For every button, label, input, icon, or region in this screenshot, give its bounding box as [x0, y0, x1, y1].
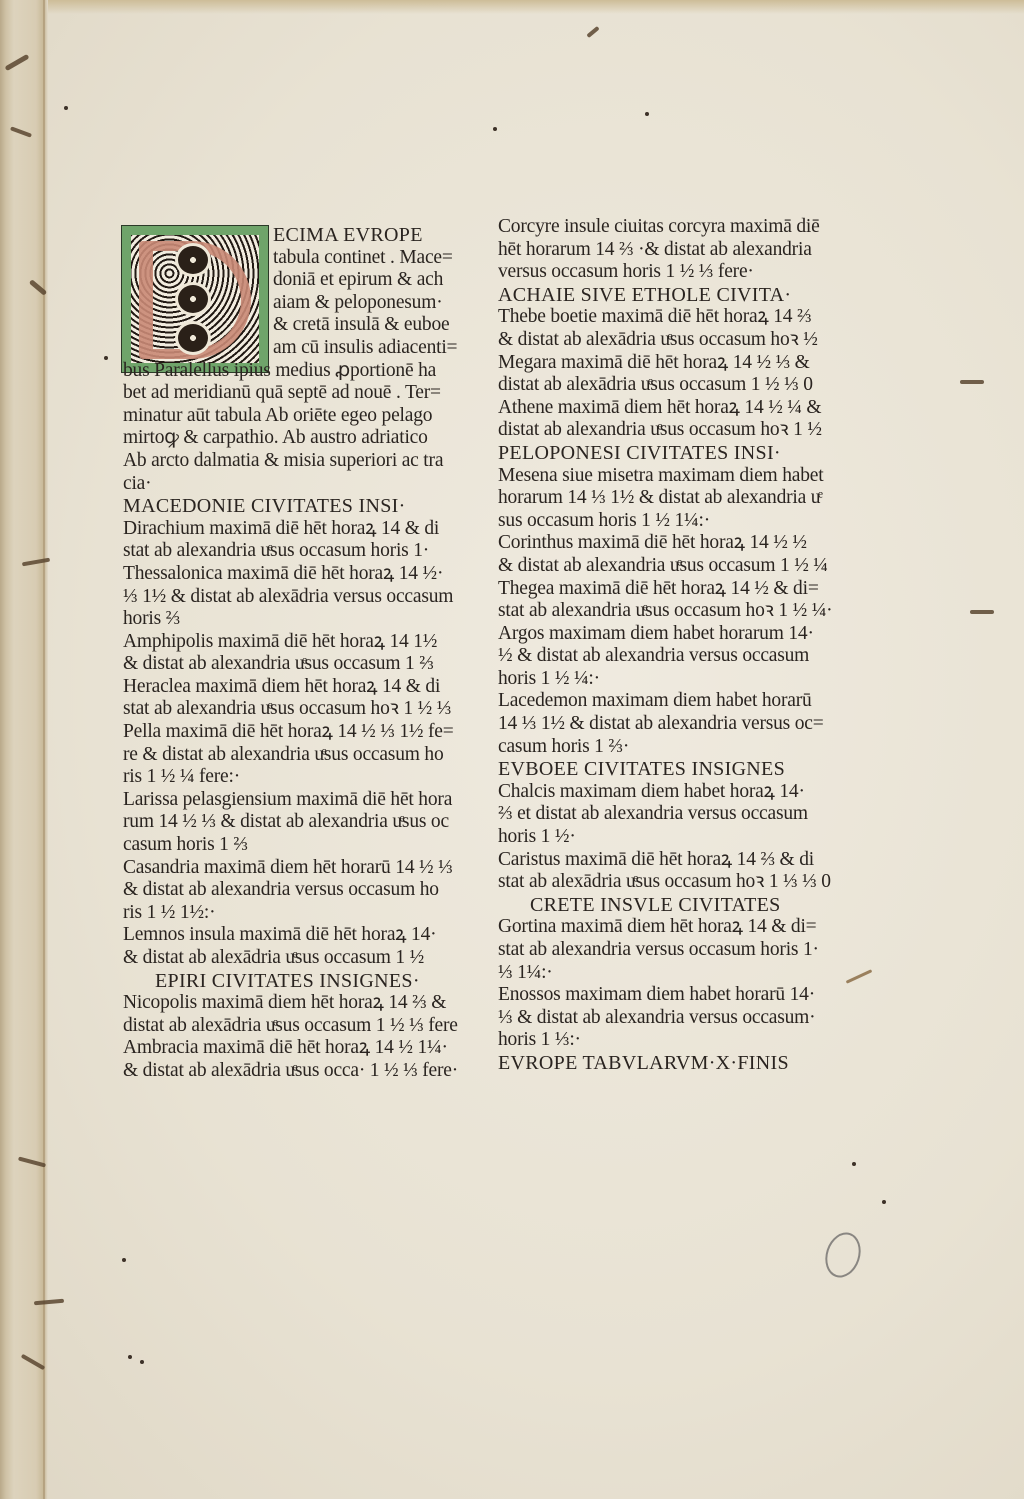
section-heading-macedonia: MACEDONIE CIVITATES INSI· [123, 495, 468, 518]
wormhole-trail [970, 610, 994, 614]
wormhole [882, 1200, 886, 1204]
text-line: 14 ⅓ 1½ & distat ab alexandria versus oc… [498, 713, 843, 736]
text-line: Corinthus maximā diē hēt horaꝝ 14 ½ ½ [498, 532, 843, 555]
text-line: casum horis 1 ⅔· [498, 736, 843, 759]
text-line: Thegea maximā diē hēt horaꝝ 14 ½ & di= [498, 578, 843, 601]
text-line: horis 1 ⅓:· [498, 1029, 843, 1052]
text-line: horis 1 ½ ¼:· [498, 668, 843, 691]
wormhole [852, 1162, 856, 1166]
wormhole [493, 127, 497, 131]
text-line: stat ab alexādria uͤsus occasum hoꝛ 1 ⅓ … [498, 871, 843, 894]
text-line: stat ab alexandria uͤsus occasum hoꝛ 1 ½… [498, 600, 843, 623]
text-line: doniā et epirum & ach [123, 269, 468, 292]
text-line: Amphipolis maximā diē hēt horaꝝ 14 1½ [123, 631, 468, 654]
text-line: ⅓ & distat ab alexandria versus occasum· [498, 1007, 843, 1030]
top-edge-stain [0, 0, 1024, 14]
text-line: Mesena siue misetra maximam diem habet [498, 465, 843, 488]
text-line: sus occasum horis 1 ½ 1¼:· [498, 510, 843, 533]
section-heading-achaia: ACHAIE SIVE ETHOLE CIVITA· [498, 284, 843, 307]
text-line: Thebe boetie maximā diē hēt horaꝝ 14 ⅔ [498, 306, 843, 329]
text-line: Heraclea maximā diem hēt horaꝝ 14 & di [123, 676, 468, 699]
text-line: Megara maximā diē hēt horaꝝ 14 ½ ⅓ & [498, 352, 843, 375]
text-line: distat ab alexādria uͤsus occasum 1 ½ ⅓ … [498, 374, 843, 397]
text-line: stat ab alexandria versus occasum horis … [498, 939, 843, 962]
binding-fold-line [43, 0, 45, 1499]
wormhole [122, 1258, 126, 1262]
wormhole [645, 112, 649, 116]
text-line: ⅓ 1½ & distat ab alexādria versus occasu… [123, 586, 468, 609]
text-line: tabula continet . Mace= [123, 247, 468, 270]
text-line: Ambracia maximā diē hēt horaꝝ 14 ½ 1¼· [123, 1037, 468, 1060]
text-line: Ab arcto dalmatia & misia superiori ac t… [123, 450, 468, 473]
opening-heading: ECIMA EVROPE [123, 224, 468, 247]
wormhole-trail [586, 26, 599, 38]
text-line: mirtoꝙ & carpathio. Ab austro adriatico [123, 427, 468, 450]
section-heading-crete: CRETE INSVLE CIVITATES [498, 894, 843, 917]
left-text-column: ECIMA EVROPE tabula continet . Mace= don… [123, 224, 468, 1083]
text-line: horis ⅔ [123, 608, 468, 631]
text-line: Dirachium maximā diē hēt horaꝝ 14 & di [123, 518, 468, 541]
text-line: distat ab alexādria uͤsus occasum 1 ½ ⅓ … [123, 1015, 468, 1038]
text-line: Nicopolis maximā diem hēt horaꝝ 14 ⅔ & [123, 992, 468, 1015]
text-line: Enossos maximam diem habet horarū 14· [498, 984, 843, 1007]
manuscript-page: ECIMA EVROPE tabula continet . Mace= don… [0, 0, 1024, 1499]
wormhole [64, 106, 68, 110]
library-stamp [820, 1228, 867, 1282]
text-line: bet ad meridianū quā septē ad nouē . Ter… [123, 382, 468, 405]
colophon-finis: EVROPE TABVLARVM·X·FINIS [498, 1052, 843, 1075]
text-line: ris 1 ½ ¼ fere:· [123, 766, 468, 789]
section-heading-peloponnese: PELOPONESI CIVITATES INSI· [498, 442, 843, 465]
text-line: bus Paralellus ipius medius ꝓportionē ha [123, 360, 468, 383]
text-line: & distat ab alexandria uͤsus occasum 1 ⅔ [123, 653, 468, 676]
right-text-column: Corcyre insule ciuitas corcyra maximā di… [498, 216, 843, 1075]
text-line: Argos maximam diem habet horarum 14· [498, 623, 843, 646]
text-line: distat ab alexandria uͤsus occasum hoꝛ 1… [498, 419, 843, 442]
text-line: ½ & distat ab alexandria versus occasum [498, 645, 843, 668]
text-line: ⅔ et distat ab alexandria versus occasum [498, 803, 843, 826]
text-line: horarum 14 ⅓ 1½ & distat ab alexandria u… [498, 487, 843, 510]
text-line: stat ab alexandria uͤsus occasum hoꝛ 1 ½… [123, 698, 468, 721]
text-line: Caristus maximā diē hēt horaꝝ 14 ⅔ & di [498, 849, 843, 872]
text-line: Pella maximā diē hēt horaꝝ 14 ½ ⅓ 1½ fe= [123, 721, 468, 744]
text-line: Chalcis maximam diem habet horaꝝ 14· [498, 781, 843, 804]
text-line: Corcyre insule ciuitas corcyra maximā di… [498, 216, 843, 239]
text-line: versus occasum horis 1 ½ ⅓ fere· [498, 261, 843, 284]
text-line: aiam & peloponesum· [123, 292, 468, 315]
text-line: ⅓ 1¼:· [498, 962, 843, 985]
text-line: Lemnos insula maximā diē hēt horaꝝ 14· [123, 924, 468, 947]
section-heading-epirus: EPIRI CIVITATES INSIGNES· [123, 970, 468, 993]
text-line: & distat ab alexandria versus occasum ho [123, 879, 468, 902]
text-line: Thessalonica maximā diē hēt horaꝝ 14 ½· [123, 563, 468, 586]
text-line: & distat ab alexandria uͤsus occasum 1 ½… [498, 555, 843, 578]
text-line: Larissa pelasgiensium maximā diē hēt hor… [123, 789, 468, 812]
text-line: cia· [123, 473, 468, 496]
wormhole [128, 1355, 132, 1359]
text-line: casum horis 1 ⅔ [123, 834, 468, 857]
wormhole-trail [846, 969, 873, 984]
wormhole [104, 356, 108, 360]
text-line: minatur aūt tabula Ab oriēte egeo pelago [123, 405, 468, 428]
text-line: am cū insulis adiacenti= [123, 337, 468, 360]
text-line: re & distat ab alexandria uͤsus occasum … [123, 744, 468, 767]
text-line: stat ab alexandria uͤsus occasum horis 1… [123, 540, 468, 563]
text-line: Athene maximā diem hēt horaꝝ 14 ½ ¼ & [498, 397, 843, 420]
text-line: & cretā insulā & euboe [123, 314, 468, 337]
binding-margin [0, 0, 48, 1499]
text-line: & distat ab alexādria uͤsus occa· 1 ½ ⅓ … [123, 1060, 468, 1083]
wormhole-trail [960, 380, 984, 384]
text-line: & distat ab alexādria uͤsus occasum 1 ½ [123, 947, 468, 970]
text-line: ris 1 ½ 1½:· [123, 902, 468, 925]
text-line: rum 14 ½ ⅓ & distat ab alexandria uͤsus … [123, 811, 468, 834]
text-line: Casandria maximā diem hēt horarū 14 ½ ⅓ [123, 857, 468, 880]
text-line: hēt horarum 14 ⅔ ·& distat ab alexandria [498, 239, 843, 262]
wormhole [140, 1360, 144, 1364]
section-heading-euboea: EVBOEE CIVITATES INSIGNES [498, 758, 843, 781]
text-line: horis 1 ½· [498, 826, 843, 849]
text-line: & distat ab alexādria uͤsus occasum hoꝛ … [498, 329, 843, 352]
text-line: Lacedemon maximam diem habet horarū [498, 690, 843, 713]
text-line: Gortina maximā diem hēt horaꝝ 14 & di= [498, 916, 843, 939]
